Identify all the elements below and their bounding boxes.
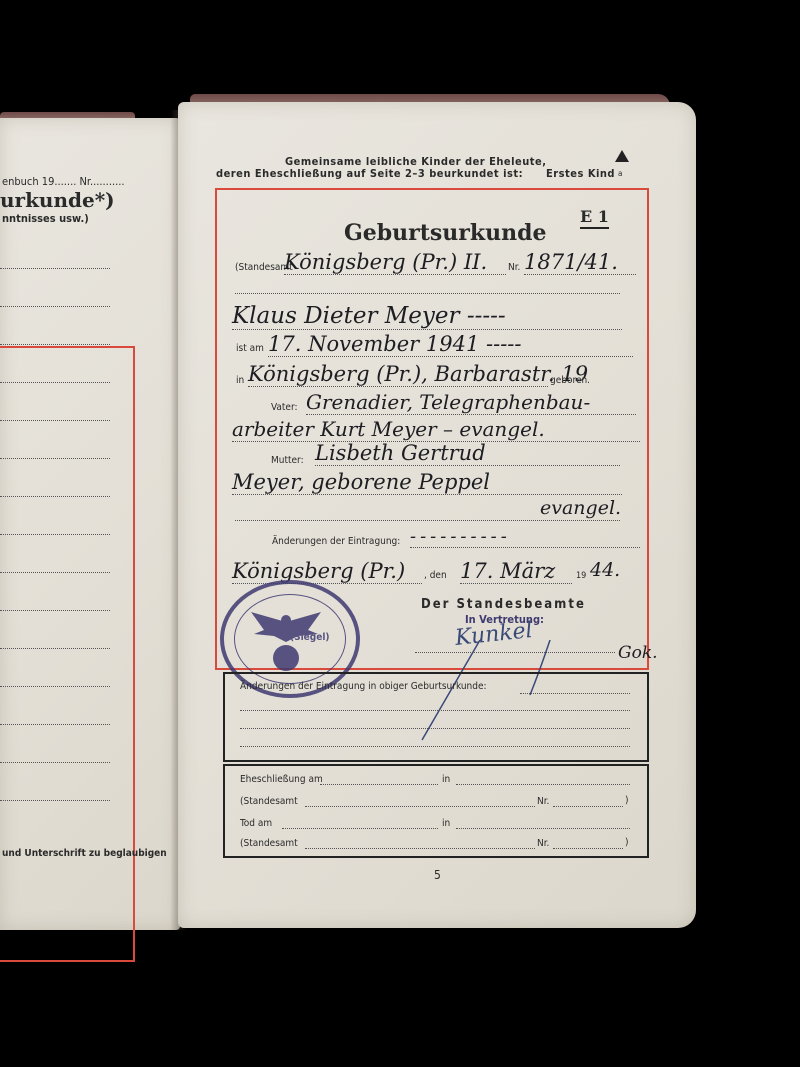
registry2-nr-label: Nr. xyxy=(537,838,549,849)
marriage-label: Eheschließung am xyxy=(240,774,323,785)
death-label: Tod am xyxy=(240,818,272,829)
amendments-line xyxy=(240,746,630,747)
registry2-nr-field xyxy=(553,848,623,849)
left-red-frame xyxy=(0,346,135,962)
official-title: Der Standesbeamte xyxy=(421,597,586,612)
birth-date: 17. November 1941 ----- xyxy=(268,332,633,357)
issue-date-label: , den xyxy=(424,570,447,581)
registry1-nr-field xyxy=(553,806,623,807)
left-dotted-line xyxy=(0,610,110,611)
registry1-nr-label: Nr. xyxy=(537,796,549,807)
changes-label: Änderungen der Eintragung: xyxy=(272,536,400,547)
death-place-field xyxy=(456,828,630,829)
left-dotted-line xyxy=(0,458,110,459)
left-dotted-line xyxy=(0,724,110,725)
issue-date: 17. März xyxy=(460,559,572,584)
mother-label: Mutter: xyxy=(271,455,304,466)
mother-line-2: Meyer, geborene Peppel xyxy=(232,470,622,495)
left-dotted-line xyxy=(0,800,110,801)
amendments-label: Änderungen der Eintragung in obiger Gebu… xyxy=(240,681,487,692)
left-dotted-line xyxy=(0,762,110,763)
registry2-field xyxy=(305,848,535,849)
place-label: in xyxy=(236,375,244,386)
registry-value: Königsberg (Pr.) II. xyxy=(284,250,506,275)
birth-place: Königsberg (Pr.), Barbarastr. 19 xyxy=(248,362,548,387)
left-header-line: enbuch 19....... Nr........... xyxy=(2,175,125,188)
father-line-2: arbeiter Kurt Meyer – evangel. xyxy=(232,417,640,442)
left-dotted-line xyxy=(0,534,110,535)
page-number: 5 xyxy=(434,868,441,882)
left-dotted-line xyxy=(0,382,110,383)
left-dotted-line xyxy=(0,572,110,573)
amendments-line xyxy=(240,728,630,729)
death-in-label: in xyxy=(442,818,450,829)
registry1-close: ) xyxy=(625,795,629,806)
left-dotted-line xyxy=(0,344,110,345)
registry2-label: (Standesamt xyxy=(240,838,298,849)
left-dotted-line xyxy=(0,496,110,497)
mother-line-1: Lisbeth Gertrud xyxy=(315,441,620,466)
date-label: ist am xyxy=(236,343,264,354)
blank-dotted-line xyxy=(235,293,620,294)
child-suffix: a xyxy=(618,169,622,178)
seal-label: (Siegel) xyxy=(290,632,330,643)
certificate-title: Geburtsurkunde xyxy=(344,220,547,246)
father-line-1: Grenadier, Telegraphenbau- xyxy=(306,390,636,415)
issue-year-prefix: 19 xyxy=(576,571,586,581)
registry2-close: ) xyxy=(625,837,629,848)
blank-dotted-line xyxy=(235,520,620,521)
left-title-fragment: urkunde*) xyxy=(0,188,115,212)
number-label: Nr. xyxy=(508,262,520,273)
child-name: Klaus Dieter Meyer ----- xyxy=(232,303,622,330)
left-dotted-line xyxy=(0,268,110,269)
registry1-field xyxy=(305,806,535,807)
left-dotted-line xyxy=(0,686,110,687)
issue-year: 44. xyxy=(590,559,620,581)
warning-triangle-icon xyxy=(615,150,629,162)
child-label: Erstes Kind xyxy=(546,167,615,180)
changes-value: ---------- xyxy=(410,526,640,548)
clerk-initials: Gok. xyxy=(618,643,658,663)
header-line-2: deren Eheschließung auf Seite 2–3 beurku… xyxy=(216,167,523,180)
left-subtitle-fragment: nntnisses usw.) xyxy=(2,212,89,225)
number-value: 1871/41. xyxy=(524,250,636,275)
left-page: enbuch 19....... Nr........... urkunde*)… xyxy=(0,118,180,930)
left-footer-fragment: und Unterschrift zu beglaubigen xyxy=(2,848,167,859)
born-label: geboren. xyxy=(550,375,590,386)
death-date-field xyxy=(282,828,438,829)
left-dotted-line xyxy=(0,306,110,307)
registry1-label: (Standesamt xyxy=(240,796,298,807)
father-label: Vater: xyxy=(271,402,298,413)
marriage-place-field xyxy=(456,784,630,785)
marriage-date-field xyxy=(320,784,438,785)
amendments-line xyxy=(240,710,630,711)
marriage-in-label: in xyxy=(442,774,450,785)
left-dotted-line xyxy=(0,420,110,421)
mother-line-3: evangel. xyxy=(540,497,621,519)
left-dotted-line xyxy=(0,648,110,649)
issue-place: Königsberg (Pr.) xyxy=(232,559,422,584)
amendments-line xyxy=(520,693,630,694)
certificate-code: E 1 xyxy=(580,207,609,229)
